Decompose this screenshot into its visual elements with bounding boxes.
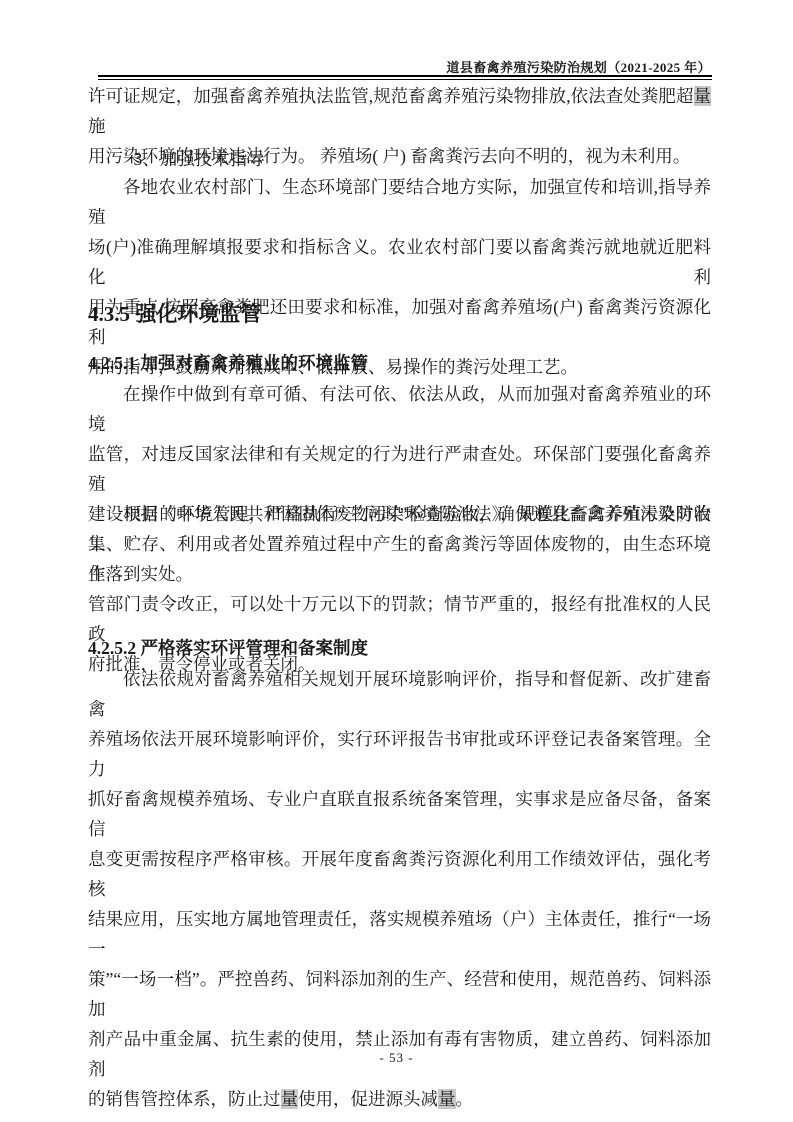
text-line: 根据《中华人民共和国固体废物污染环境防治法》，规模化畜禽养殖未及时收 — [88, 499, 711, 529]
text-line: 策”“一场一档”。严控兽药、饲料添加剂的生产、经营和使用，规范兽药、饲料添加 — [88, 964, 711, 1024]
search-highlight: 量 — [281, 1089, 299, 1109]
document-page: 道县畜禽养殖污染防治规划（2021-2025 年） 许可证规定，加强畜禽养殖执法… — [0, 0, 793, 1122]
running-header-title: 道县畜禽养殖污染防治规划（2021-2025 年） — [88, 57, 711, 76]
paragraph: 依法依规对畜禽养殖相关规划开展环境影响评价，指导和督促新、改扩建畜禽养殖场依法开… — [88, 664, 711, 1114]
subsection-heading-4-2-5-1: 4.2.5.1 加强对畜禽养殖业的环境监管 — [88, 351, 711, 375]
subsection-heading-4-2-5-2: 4.2.5.2 严格落实环评管理和备案制度 — [88, 636, 711, 660]
numbered-item-heading: 3、加强技术指导 — [88, 144, 711, 174]
search-highlight: 量 — [438, 1089, 456, 1109]
text-line: 依法依规对畜禽养殖相关规划开展环境影响评价，指导和督促新、改扩建畜禽 — [88, 664, 711, 724]
section-heading-4-3-5: 4.3.5 强化环境监管 — [88, 300, 711, 328]
search-highlight: 量 — [694, 86, 712, 106]
text-line: 监管，对违反国家法律和有关规定的行为进行严肃查处。环保部门要强化畜禽养殖 — [88, 439, 711, 499]
text-line: 的销售管控体系，防止过量使用，促进源头减量。 — [88, 1084, 711, 1114]
header-rule-thick — [98, 75, 712, 78]
page-number: - 53 - — [0, 1050, 793, 1066]
text-line: 养殖场依法开展环境影响评价，实行环评报告书审批或环评登记表备案管理。全力 — [88, 724, 711, 784]
text-line: 抓好畜禽规模养殖场、专业户直联直报系统备案管理，实事求是应备尽备，备案信 — [88, 784, 711, 844]
text-line: 集、贮存、利用或者处置养殖过程中产生的畜禽粪污等固体废物的，由生态环境主 — [88, 529, 711, 589]
text-line: 结果应用，压实地方属地管理责任，落实规模养殖场（户）主体责任，推行“一场一 — [88, 904, 711, 964]
text-line: 许可证规定，加强畜禽养殖执法监管,规范畜禽养殖污染物排放,依法查处粪肥超量施 — [88, 81, 711, 141]
text-line: 在操作中做到有章可循、有法可依、依法从政，从而加强对畜禽养殖业的环境 — [88, 379, 711, 439]
text-line: 各地农业农村部门、生态环境部门要结合地方实际，加强宣传和培训,指导养殖 — [88, 172, 711, 232]
header-rule-thin — [98, 79, 712, 80]
text-line: 息变更需按程序严格审核。开展年度畜禽粪污资源化利用工作绩效评估，强化考核 — [88, 844, 711, 904]
text-line: 场(户)准确理解填报要求和指标含义。农业农村部门要以畜禽粪污就地就近肥料化利 — [88, 232, 711, 292]
